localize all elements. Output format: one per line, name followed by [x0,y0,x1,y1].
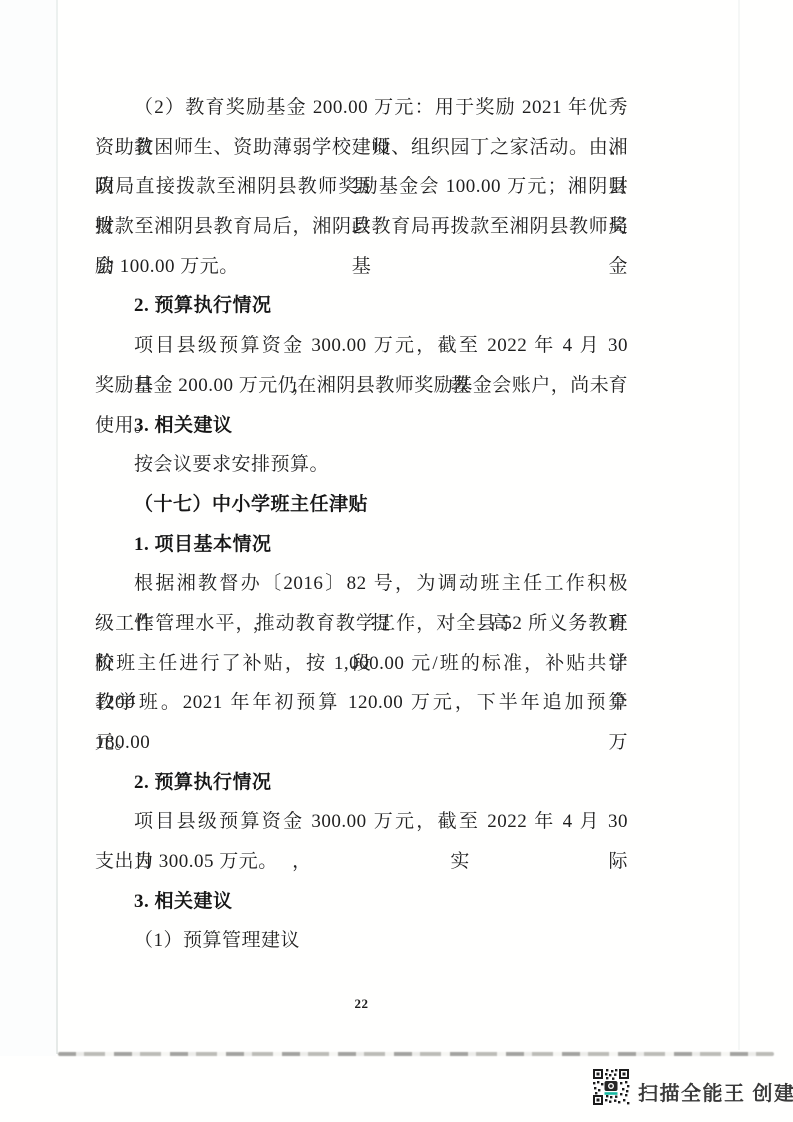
para-education-fund-line-3: 政局直接拨款至湘阴县教师奖励基金会 100.00 万元；湘阴县财政局 [95,167,628,207]
camscanner-watermark: 扫描全能王 创建 [592,1066,782,1110]
page-number: 22 [95,996,628,1012]
para-budget-status-line-2: 奖励基金 200.00 万元仍在湘阴县教师奖励基金会账户，尚未使用。 [95,366,628,406]
para-project-info-line-2: 级工作管理水平，推动教育教学工作，对全县 52 所义务教育阶段学 [95,604,628,644]
scan-left-margin [0,0,56,1056]
page-right-edge-shadow [738,0,740,1050]
qr-code-camera-icon [592,1068,630,1106]
para-education-fund-line-4: 拨款至湘阴县教育局后，湘阴县教育局再拨款至湘阴县教师奖励基金 [95,207,628,247]
para-arrange-budget: 按会议要求安排预算。 [95,445,628,485]
heading-related-suggestions-2: 3. 相关建议 [95,882,628,922]
para-education-fund-line-2: 资助贫困师生、资助薄弱学校建设、组织园丁之家活动。由湘阴县财 [95,128,628,168]
heading-section-17-title: （十七）中小学班主任津贴 [95,485,628,525]
para-budget-management-suggestion: （1）预算管理建议 [95,921,628,961]
para-education-fund-line-1: （2）教育奖励基金 200.00 万元：用于奖励 2021 年优秀教师、 [95,88,628,128]
para-budget-status-line-1: 项目县级预算资金 300.00 万元，截至 2022 年 4 月 30 日，教育 [95,326,628,366]
para-budget-status2-line-1: 项目县级预算资金 300.00 万元，截至 2022 年 4 月 30 日，实际 [95,802,628,842]
heading-budget-execution-1: 2. 预算执行情况 [95,286,628,326]
scanned-document-page: （2）教育奖励基金 200.00 万元：用于奖励 2021 年优秀教师、 资助贫… [0,0,793,1122]
heading-budget-execution-2: 2. 预算执行情况 [95,763,628,803]
page-left-edge-shadow [56,0,58,1054]
para-project-info-line-4: 教学班。2021 年年初预算 120.00 万元，下半年追加预算 180.00 … [95,683,628,723]
heading-related-suggestions-1: 3. 相关建议 [95,406,628,446]
watermark-label: 扫描全能王 创建 [638,1077,793,1106]
document-text-block: （2）教育奖励基金 200.00 万元：用于奖励 2021 年优秀教师、 资助贫… [95,88,628,961]
para-project-info-line-3: 校班主任进行了补贴，按 1,000.00 元/班的标准，补贴共计 1200 个 [95,644,628,684]
para-project-info-line-1: 根据湘教督办〔2016〕82 号，为调动班主任工作积极性，提高班 [95,564,628,604]
page-bottom-edge-shadow [58,1052,774,1056]
heading-project-basic-info: 1. 项目基本情况 [95,525,628,565]
